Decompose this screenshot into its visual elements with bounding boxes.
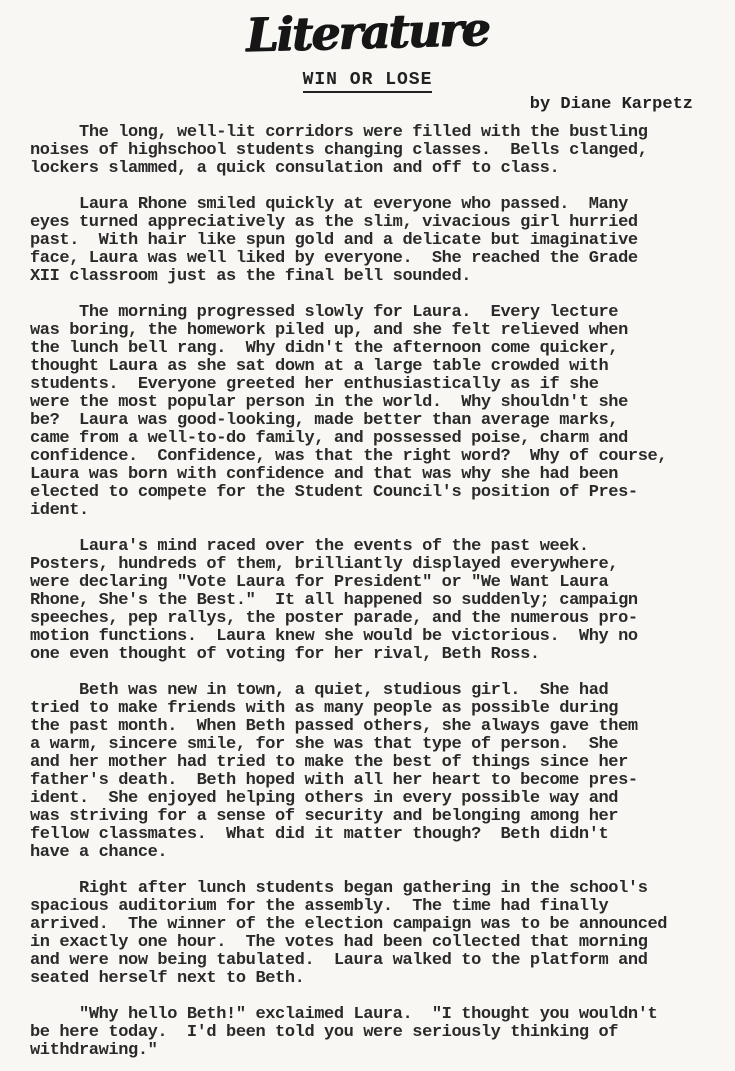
story-paragraph-3: The morning progressed slowly for Laura.… — [30, 304, 715, 520]
story-paragraph-5: Beth was new in town, a quiet, studious … — [30, 682, 715, 862]
story-paragraph-4: Laura's mind raced over the events of th… — [30, 538, 715, 664]
literature-script-heading: Literature — [0, 0, 735, 68]
story-title-row: WIN OR LOSE — [0, 70, 735, 93]
story-body: The long, well-lit corridors were filled… — [0, 124, 735, 1060]
document-page: Literature WIN OR LOSE by Diane Karpetz … — [0, 0, 735, 1071]
story-paragraph-7: "Why hello Beth!" exclaimed Laura. "I th… — [30, 1006, 715, 1060]
story-title: WIN OR LOSE — [303, 70, 433, 93]
byline: by Diane Karpetz — [0, 95, 735, 114]
story-paragraph-6: Right after lunch students began gatheri… — [30, 880, 715, 988]
story-paragraph-2: Laura Rhone smiled quickly at everyone w… — [30, 196, 715, 286]
story-paragraph-1: The long, well-lit corridors were filled… — [30, 124, 715, 178]
